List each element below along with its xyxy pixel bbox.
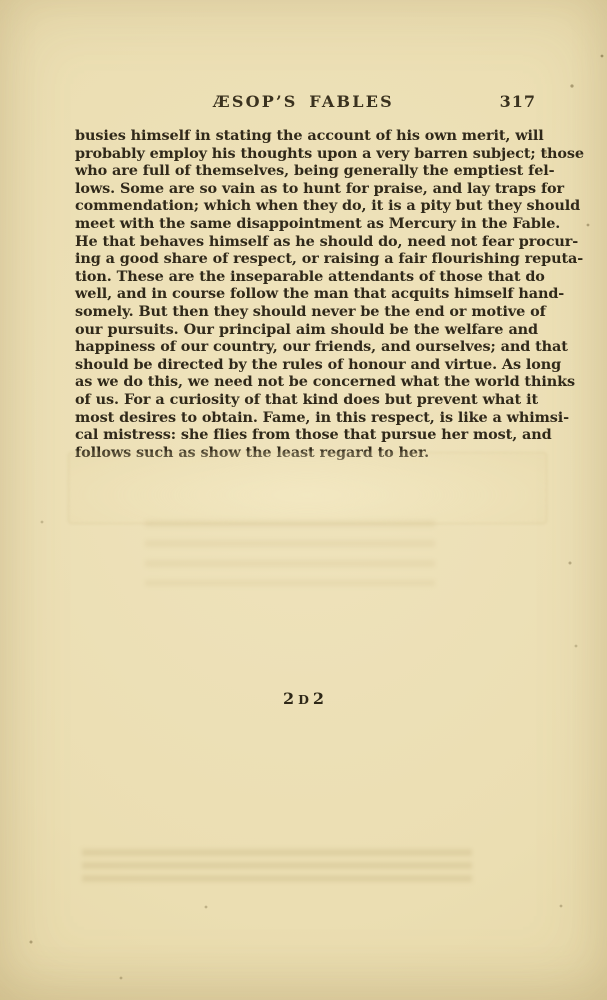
text-line: lows. Some are so vain as to hunt for pr… (75, 180, 538, 198)
paragraph: busies himself in stating the account of… (75, 127, 538, 461)
book-page: ÆSOP’S FABLES 317 busies himself in stat… (0, 0, 607, 1000)
signature-right: 2 (313, 689, 324, 708)
text-line: He that behaves himself as he should do,… (75, 233, 538, 251)
text-line: most desires to obtain. Fame, in this re… (75, 409, 538, 427)
text-line: should be directed by the rules of honou… (75, 356, 538, 374)
text-line: meet with the same disappointment as Mer… (75, 215, 538, 233)
page-number: 317 (500, 92, 536, 111)
text-line: who are full of themselves, being genera… (75, 162, 538, 180)
text-line: somely. But then they should never be th… (75, 303, 538, 321)
text-line: well, and in course follow the man that … (75, 285, 538, 303)
showthrough-text-bottom (82, 849, 472, 887)
text-line: ing a good share of respect, or raising … (75, 250, 538, 268)
text-line: tion. These are the inseparable attendan… (75, 268, 538, 286)
signature-mid: D (298, 692, 309, 707)
text-line: of us. For a curiosity of that kind does… (75, 391, 538, 409)
signature-left: 2 (283, 689, 294, 708)
text-line: probably employ his thoughts upon a very… (75, 145, 538, 163)
showthrough-plate (68, 452, 547, 524)
text-line: commendation; which when they do, it is … (75, 197, 538, 215)
showthrough-text-mid (145, 520, 435, 586)
text-line: busies himself in stating the account of… (75, 127, 538, 145)
text-line: happiness of our country, our friends, a… (75, 338, 538, 356)
printers-signature: 2D2 (0, 689, 607, 708)
page-header: ÆSOP’S FABLES 317 (0, 92, 607, 114)
paper-specks (0, 0, 2, 2)
text-line: cal mistress: she flies from those that … (75, 426, 538, 444)
text-line: our pursuits. Our principal aim should b… (75, 321, 538, 339)
text-line: as we do this, we need not be concerned … (75, 373, 538, 391)
